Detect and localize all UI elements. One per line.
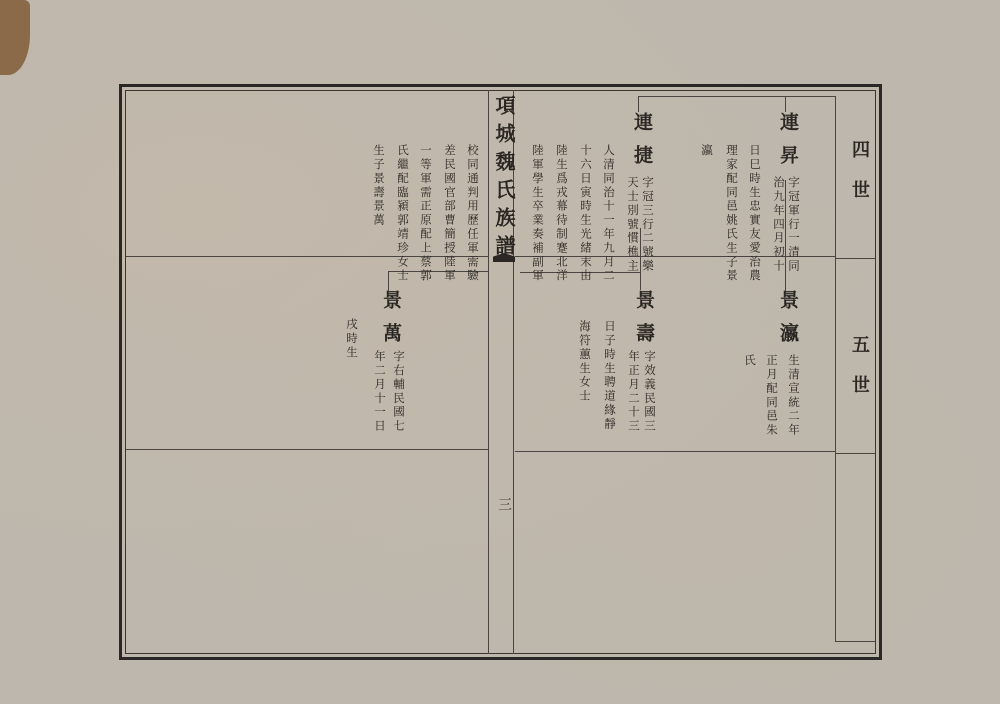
person-name-jingying: 景瀛 bbox=[775, 290, 802, 356]
document-page: 四世 五世 項城魏氏族譜 三 連昇 字冠軍行一清同 治九年四月初十 日巳時生忠實… bbox=[0, 0, 1000, 704]
row-divider-left-bottom bbox=[126, 449, 488, 450]
person-note-jingshou-3: 日子時生聘道緣靜 bbox=[603, 320, 617, 431]
gen-column-bottom bbox=[835, 641, 875, 642]
paper-stain bbox=[0, 0, 30, 75]
gen-col-divider-top bbox=[835, 258, 875, 259]
person-note-lianjie-8: 差民國官部曹簡授陸軍 bbox=[443, 144, 457, 283]
person-note-jingying-1: 生清宣統二年 bbox=[787, 354, 801, 437]
person-note-liansheng-5: 瀛 bbox=[700, 144, 714, 158]
lineage-drop-liansheng bbox=[785, 96, 786, 112]
person-note-jingwan-2: 年二月十一日 bbox=[373, 350, 387, 433]
person-note-lianjie-9: 一等軍需正原配上蔡郭 bbox=[419, 144, 433, 283]
person-note-lianjie-1: 字冠三行二號樂 bbox=[641, 176, 655, 273]
person-note-lianjie-11: 生子景壽景萬 bbox=[372, 144, 386, 227]
generation-label-4: 四世 bbox=[846, 140, 872, 220]
page-number: 三 bbox=[494, 497, 514, 511]
generation-label-5: 五世 bbox=[846, 335, 872, 415]
person-note-jingshou-4: 海符蕙生女士 bbox=[578, 320, 592, 403]
row-divider-left-top bbox=[126, 256, 488, 257]
person-note-jingshou-1: 字效義民國三 bbox=[643, 350, 657, 433]
person-note-liansheng-4: 理家配同邑姚氏生子景 bbox=[725, 144, 739, 283]
lineage-drop-lianjie bbox=[638, 96, 639, 112]
spine-left-line bbox=[488, 90, 489, 654]
person-note-jingying-3: 氏 bbox=[743, 354, 757, 368]
person-note-liansheng-3: 日巳時生忠實友愛治農 bbox=[748, 144, 762, 283]
gen-col-divider-bottom bbox=[835, 453, 875, 454]
person-name-jingwan: 景萬 bbox=[378, 290, 405, 356]
person-note-jingshou-2: 年正月二十三 bbox=[627, 350, 641, 433]
lineage-line-gen4 bbox=[638, 96, 835, 97]
person-note-lianjie-10: 氏繼配臨潁郭靖珍女士 bbox=[396, 144, 410, 283]
person-note-lianjie-4: 十六日寅時生光緒末由 bbox=[579, 144, 593, 283]
person-note-lianjie-7: 校同通判用歷任軍需驗 bbox=[466, 144, 480, 283]
person-note-lianjie-3: 人清同治十一年九月二 bbox=[602, 144, 616, 283]
lineage-drop-jingwan bbox=[388, 271, 389, 291]
person-note-lianjie-2: 天士別號慣樵主 bbox=[626, 176, 640, 273]
person-name-liansheng: 連昇 bbox=[775, 112, 802, 178]
person-note-lianjie-6: 陸軍學生卒業奏補副軍 bbox=[531, 144, 545, 283]
person-note-lianjie-5: 陸生爲戎幕待制蹇北洋 bbox=[555, 144, 569, 283]
person-note-liansheng-2: 治九年四月初十 bbox=[772, 176, 786, 273]
person-note-jingwan-3: 戌時生 bbox=[345, 318, 359, 360]
person-note-liansheng-1: 字冠軍行一清同 bbox=[787, 176, 801, 273]
person-name-lianjie: 連捷 bbox=[629, 112, 656, 178]
gen-column-line bbox=[835, 96, 836, 641]
document-title: 項城魏氏族譜 bbox=[490, 95, 519, 263]
person-note-jingying-2: 正月配同邑朱 bbox=[765, 354, 779, 437]
person-note-jingwan-1: 字右輔民國七 bbox=[392, 350, 406, 433]
person-name-jingshou: 景壽 bbox=[631, 290, 658, 356]
row-divider-right-bottom bbox=[515, 451, 835, 452]
